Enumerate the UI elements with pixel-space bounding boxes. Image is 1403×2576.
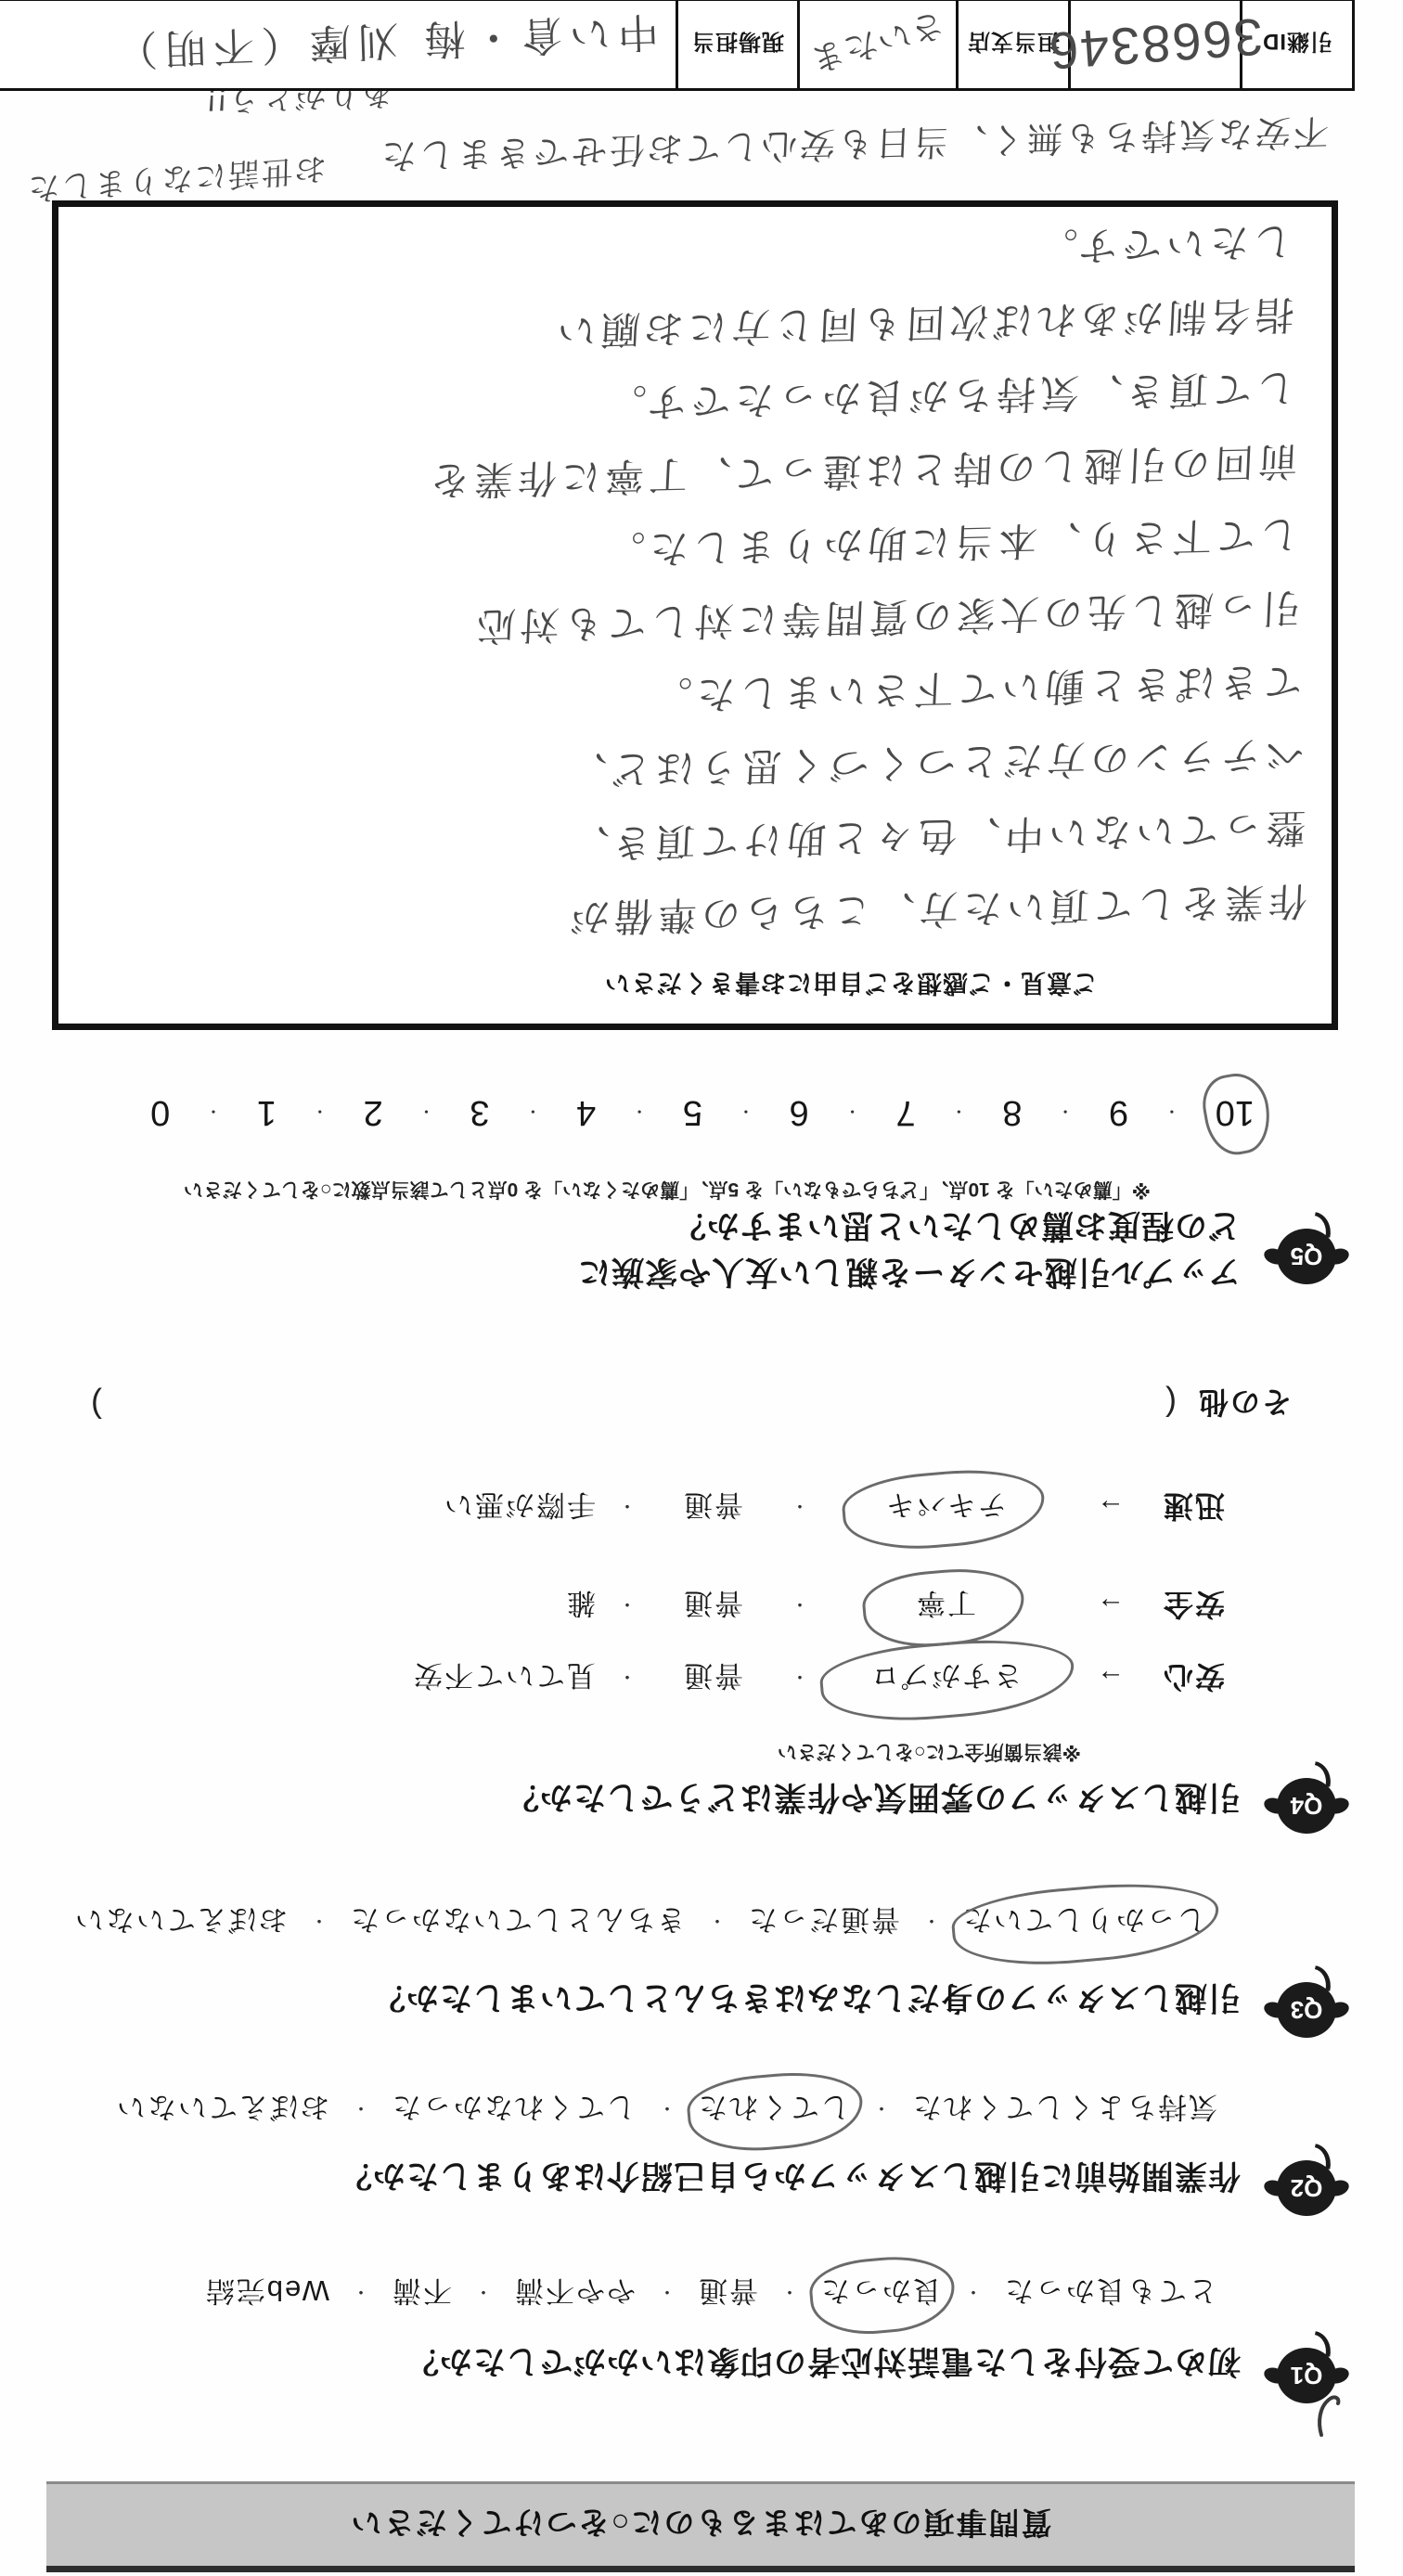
comment-box-header: ご意見・ご感想をご自由にお書きください xyxy=(604,967,1098,1003)
q4-other-label: その他 xyxy=(1197,1383,1292,1425)
q2-badge: Q2 xyxy=(1277,2160,1336,2216)
option-separator: ・ xyxy=(308,1909,328,1936)
badge-ear-icon xyxy=(1325,2365,1351,2387)
option-separator: ・ xyxy=(472,2280,493,2307)
q3-option-0-selected: しっかりしていた xyxy=(961,1901,1206,1943)
q1-question: 初めて受付をした電話対応者の印象はいかがでしたか？ xyxy=(405,2340,1241,2387)
option-separator: ・ xyxy=(616,1666,637,1693)
q4-anshin-option-1: 普通 xyxy=(657,1658,768,1700)
scanned-survey-sheet: 質問事項のあてはまるものに○をつけてください Q1 初めて受付をした電話対応者の… xyxy=(0,0,1403,2576)
option-separator: ・ xyxy=(789,1593,809,1620)
scale-1: 1 xyxy=(257,1092,277,1132)
q4-other-row: その他 ( xyxy=(1164,1383,1292,1425)
scale-0: 0 xyxy=(150,1092,170,1132)
option-separator: ・ xyxy=(789,1666,809,1693)
badge-ear-icon xyxy=(1262,2000,1288,2021)
nps-scale: 10 ・ 9 ・ 8 ・ 7 ・ 6 ・ 5 ・ 4 ・ 3 ・ 2 ・ 1 ・… xyxy=(150,1092,1255,1132)
q1-badge: Q1 xyxy=(1277,2348,1336,2403)
form-title-bar: 質問事項のあてはまるものに○をつけてください xyxy=(46,2481,1355,2572)
q2-options: 気持ちよくしてくれた ・ してくれた ・ してくれなかった ・ おぼえていない xyxy=(115,2089,1217,2131)
comment-box: ご意見・ご感想をご自由にお書きください 作業をして頂いた方、こちらの準備が 整っ… xyxy=(52,200,1338,1030)
option-separator: ・ xyxy=(656,2280,676,2307)
q2-option-1-selected: してくれた xyxy=(697,2089,850,2131)
option-separator: ・ xyxy=(962,2280,983,2307)
q5-badge-label: Q5 xyxy=(1291,1243,1323,1271)
close-paren: ) xyxy=(91,1386,102,1425)
scale-2: 2 xyxy=(364,1092,383,1132)
q5-note: ※「薦めたい」を 10点、「どちらでもない」を 5点、「薦めたくない」を 0点と… xyxy=(184,1177,1151,1204)
q5-question-line1: アップル引越センターを親しい友人や家族に xyxy=(577,1251,1241,1297)
badge-tail-icon xyxy=(1311,1965,1335,1991)
staff-header: 現場担当 xyxy=(676,1,797,88)
option-separator: ・ xyxy=(350,2096,370,2123)
badge-ear-icon xyxy=(1262,2178,1288,2199)
scale-3: 3 xyxy=(470,1092,489,1132)
option-separator: ・ xyxy=(616,1495,637,1522)
q5-question-line2: どの程度お薦めしたいと思いますか？ xyxy=(673,1204,1241,1251)
branch-value: さいたま xyxy=(797,1,956,88)
q4-anzen-option-0-selected: 丁寧 xyxy=(830,1586,1062,1628)
scale-5: 5 xyxy=(683,1092,702,1132)
badge-tail-icon xyxy=(1311,1761,1335,1787)
arrow-right-icon: → xyxy=(1082,1591,1141,1622)
scale-10-selected: 10 xyxy=(1216,1092,1255,1132)
staff-value: 中い倉・梅 刈摩（不明） xyxy=(0,1,676,88)
badge-ear-icon xyxy=(1262,1796,1288,1817)
option-separator: ・ xyxy=(706,1909,727,1936)
q4-row-anshin: 安心 → さすがプロ ・ 普通 ・ 見ていて不安 xyxy=(412,1657,1225,1700)
q1-options: とても良かった ・ 良かった ・ 普通 ・ やや不満 ・ 不満 ・ Web完結 xyxy=(204,2273,1217,2314)
q4-badge-label: Q4 xyxy=(1291,1792,1323,1821)
q4-row-label: 安全 xyxy=(1162,1585,1225,1628)
badge-ear-icon xyxy=(1325,1246,1351,1268)
q4-anzen-option-1: 普通 xyxy=(657,1586,768,1628)
scale-4: 4 xyxy=(576,1092,596,1132)
q4-row-anzen: 安全 → 丁寧 ・ 普通 ・ 雑 xyxy=(565,1585,1225,1628)
q1-option-4: 不満 xyxy=(391,2273,452,2314)
q4-anshin-option-2: 見ていて不安 xyxy=(412,1658,596,1700)
option-separator: ・ xyxy=(870,2096,891,2123)
open-paren: ( xyxy=(1164,1385,1177,1423)
q4-row-label: 迅速 xyxy=(1162,1487,1225,1529)
q4-anzen-option-2: 雑 xyxy=(565,1586,596,1628)
scale-separator: ・ xyxy=(844,1101,861,1125)
arrow-right-icon: → xyxy=(1082,1663,1141,1694)
q2-question: 作業開始前に引越しスタッフから自己紹介はありましたか？ xyxy=(339,2155,1241,2201)
badge-tail-icon xyxy=(1311,1212,1335,1238)
q4-note: ※該当箇所全てに○をしてください xyxy=(778,1739,1081,1767)
q4-jinsoku-option-0-selected: テキパキ xyxy=(830,1488,1062,1529)
q1-option-5: Web完結 xyxy=(204,2273,329,2314)
scale-separator: ・ xyxy=(524,1101,541,1125)
arrow-right-icon: → xyxy=(1082,1492,1141,1524)
q4-row-jinsoku: 迅速 → テキパキ ・ 普通 ・ 手際が悪い xyxy=(443,1487,1225,1529)
badge-ear-icon xyxy=(1262,2365,1288,2387)
option-separator: ・ xyxy=(779,2280,799,2307)
q2-option-0: 気持ちよくしてくれた xyxy=(911,2089,1217,2131)
q3-badge: Q3 xyxy=(1277,1982,1336,2038)
scale-separator: ・ xyxy=(738,1101,754,1125)
option-separator: ・ xyxy=(920,1909,941,1936)
scale-separator: ・ xyxy=(1057,1101,1074,1125)
q1-option-1-selected: 良かった xyxy=(819,2273,942,2314)
badge-ear-icon xyxy=(1325,2178,1351,2199)
badge-tail-icon xyxy=(1311,2331,1335,2357)
option-separator: ・ xyxy=(789,1495,809,1522)
q4-question: 引越しスタッフの雰囲気や作業はどうでしたか？ xyxy=(506,1776,1241,1823)
badge-ear-icon xyxy=(1325,2000,1351,2021)
q4-jinsoku-option-2: 手際が悪い xyxy=(443,1488,596,1529)
q5-badge: Q5 xyxy=(1277,1229,1336,1284)
option-separator: ・ xyxy=(656,2096,676,2123)
q1-option-0: とても良かった xyxy=(1003,2273,1217,2314)
q4-badge: Q4 xyxy=(1277,1778,1336,1834)
q3-options: しっかりしていた ・ 普通だった ・ きちんとしていなかった ・ おぼえていない xyxy=(73,1901,1206,1943)
scale-separator: ・ xyxy=(1164,1101,1180,1125)
option-separator: ・ xyxy=(616,1593,637,1620)
q2-option-2: してくれなかった xyxy=(391,2089,636,2131)
scale-7: 7 xyxy=(895,1092,915,1132)
scale-separator: ・ xyxy=(312,1101,328,1125)
option-separator: ・ xyxy=(350,2280,370,2307)
scale-separator: ・ xyxy=(950,1101,967,1125)
q3-question: 引越しスタッフの身だしなみはきちんとしていましたか？ xyxy=(372,1977,1241,2023)
q1-badge-label: Q1 xyxy=(1291,2362,1323,2390)
q1-option-2: 普通 xyxy=(697,2273,758,2314)
q4-anshin-option-0-selected: さすがプロ xyxy=(830,1658,1062,1700)
badge-ear-icon xyxy=(1262,1246,1288,1268)
scale-6: 6 xyxy=(790,1092,809,1132)
scale-9: 9 xyxy=(1109,1092,1128,1132)
q3-option-3: おぼえていない xyxy=(73,1901,288,1943)
handover-table: 引継ID 3668346 担当支店 さいたま 現場担当 中い倉・梅 刈摩（不明） xyxy=(0,0,1355,91)
handwritten-overflow-line: 不安な気持ちも無く、当日も安心してお任せできました xyxy=(378,109,1330,186)
q3-badge-label: Q3 xyxy=(1291,1996,1323,2025)
q2-option-3: おぼえていない xyxy=(115,2089,329,2131)
scale-separator: ・ xyxy=(205,1101,222,1125)
q4-row-label: 安心 xyxy=(1162,1657,1225,1700)
badge-tail-icon xyxy=(1311,2144,1335,2170)
handover-id-value: 3668346 xyxy=(1068,1,1240,88)
q3-option-2: きちんとしていなかった xyxy=(349,1901,686,1943)
handwritten-comment: 作業をして頂いた方、こちらの準備が 整っていない中、色々と助けて頂き、 ベテラン… xyxy=(85,204,1308,964)
q3-option-1: 普通だった xyxy=(747,1901,900,1943)
badge-ear-icon xyxy=(1325,1796,1351,1817)
q2-badge-label: Q2 xyxy=(1291,2174,1323,2203)
q1-option-3: やや不満 xyxy=(513,2273,636,2314)
q4-jinsoku-option-1: 普通 xyxy=(657,1488,768,1529)
form-title-text: 質問事項のあてはまるものに○をつけてください xyxy=(350,2504,1052,2547)
scale-8: 8 xyxy=(1002,1092,1022,1132)
scale-separator: ・ xyxy=(418,1101,435,1125)
scale-separator: ・ xyxy=(631,1101,648,1125)
